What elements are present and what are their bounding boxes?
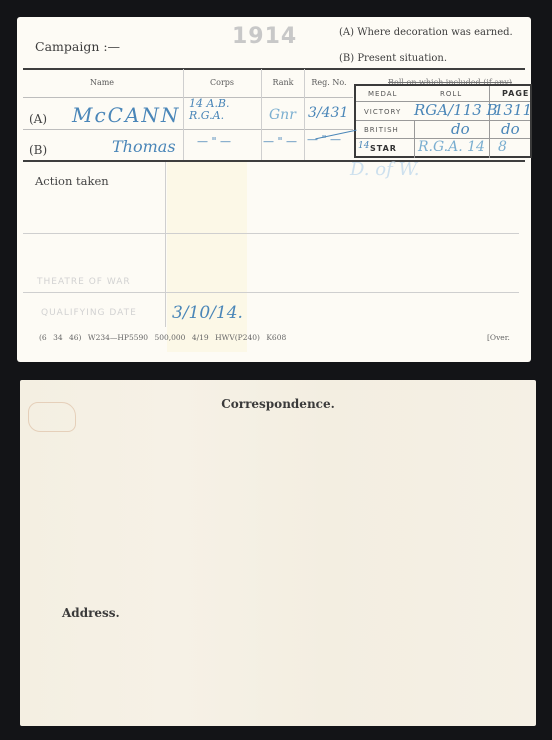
correspondence-label: Correspondence. — [20, 397, 536, 411]
address-label: Address. — [62, 606, 120, 620]
qualifying-date-stamp: QUALIFYING DATE — [41, 308, 137, 318]
qualifying-date-value: 3/10/14. — [172, 303, 243, 323]
campaign-label: Campaign :— — [35, 39, 120, 54]
header-reg-no: Reg. No. — [306, 78, 352, 87]
roll-british-page: do — [501, 120, 520, 138]
table-top-rule — [23, 68, 525, 70]
roll-star-prefix: 14 — [358, 141, 369, 151]
rank-value: Gnr — [269, 107, 296, 123]
roll-star-page: 8 — [498, 139, 507, 155]
roll-victory-ref: RGA/113 B — [414, 101, 498, 119]
reg-no-value: 3/431 — [308, 105, 348, 121]
header-rank: Rank — [265, 78, 301, 87]
lower-col-divider — [165, 162, 166, 327]
medal-roll-stamp-box: MEDAL ROLL PAGE VICTORY RGA/113 B 1311 B… — [354, 84, 532, 158]
surname: McCANN — [72, 103, 180, 127]
printer-reference: (6 34 46) W234—HP5590 500,000 4/19 HWV(P… — [39, 333, 286, 342]
roll-medal-star: STAR — [370, 144, 397, 153]
legend-a: (A) Where decoration was earned. — [339, 27, 513, 38]
roll-medal-british: BRITISH — [364, 126, 399, 134]
row-b-label: (B) — [29, 143, 47, 157]
header-name: Name — [72, 78, 132, 87]
roll-star-ref: R.G.A. 14 — [418, 139, 485, 155]
theatre-of-war-stamp: THEATRE OF WAR — [37, 277, 131, 287]
rank-ditto: — " — — [263, 135, 297, 148]
legend-b: (B) Present situation. — [339, 53, 447, 64]
table-bottom-rule — [23, 160, 525, 162]
header-corps: Corps — [197, 78, 247, 87]
year-stamp: 1914 — [232, 24, 297, 49]
lower-rule-2 — [23, 292, 519, 293]
over-label: [Over. — [487, 333, 510, 342]
col-divider-rank — [304, 69, 305, 160]
medal-card-front: Campaign :— 1914 (A) Where decoration wa… — [17, 17, 531, 362]
roll-header-medal: MEDAL — [368, 90, 397, 98]
forename: Thomas — [112, 137, 176, 156]
action-taken-label: Action taken — [35, 174, 109, 188]
corps-value: 14 A.B. R.G.A. — [189, 98, 259, 122]
roll-victory-page: 1311 — [494, 101, 532, 119]
faint-remark: D. of W. — [350, 159, 420, 180]
medal-card-back: Correspondence. Address. — [20, 380, 536, 726]
col-divider-name — [183, 69, 184, 160]
roll-header-roll: ROLL — [440, 90, 462, 98]
corps-ditto: — " — — [197, 135, 231, 148]
col-divider-corps — [261, 69, 262, 160]
row-a-label: (A) — [29, 112, 47, 126]
roll-header-page: PAGE — [502, 89, 529, 98]
lower-rule-1 — [23, 233, 519, 234]
paper-discoloration — [167, 162, 247, 352]
roll-medal-victory: VICTORY — [364, 108, 401, 116]
roll-british-ref: do — [451, 120, 470, 138]
